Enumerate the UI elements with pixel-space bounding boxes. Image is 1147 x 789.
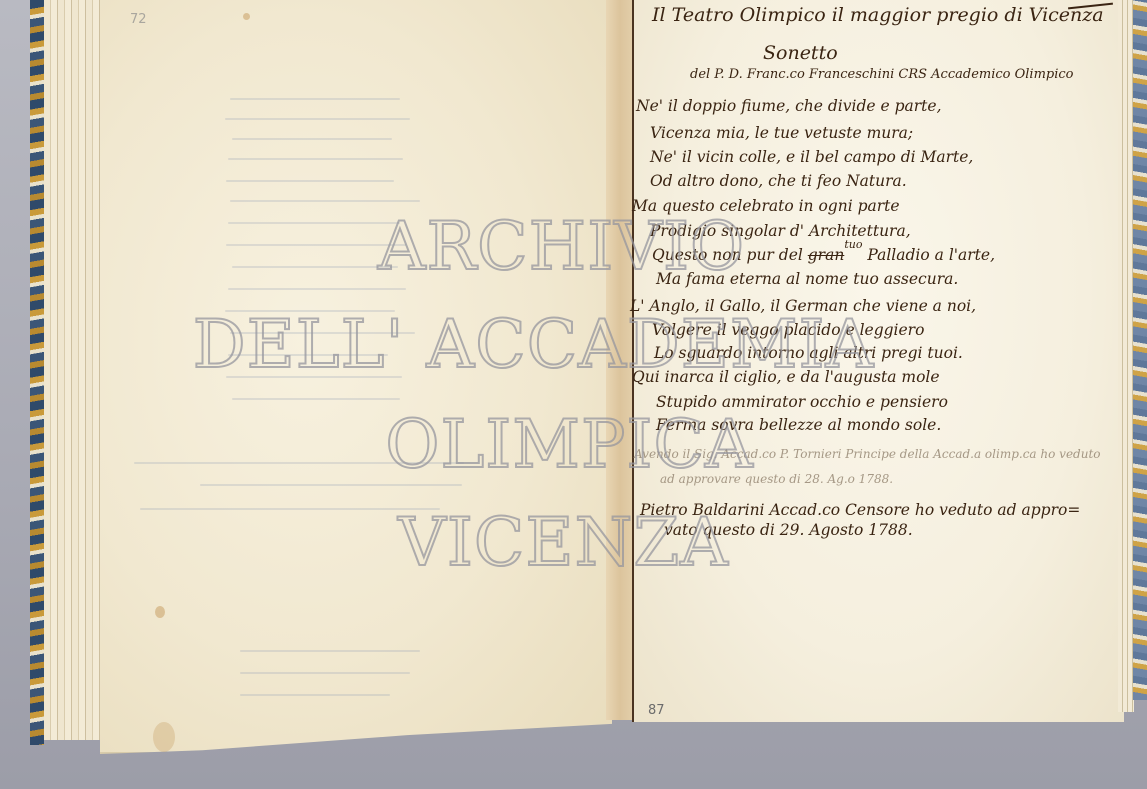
verse-line-1: Ne' il doppio fiume, che divide e parte, — [636, 97, 942, 115]
manuscript-scan: 72 Il Teatro Olimpico il maggior pregio … — [0, 0, 1147, 789]
watermark-line-3: OLIMPICA — [0, 406, 1143, 483]
verse-line-4: Od altro dono, che ti feo Natura. — [650, 172, 907, 190]
right-page-number: 87 — [648, 703, 665, 718]
page-edges-right — [1118, 0, 1134, 712]
manuscript-title: Il Teatro Olimpico il maggior pregio di … — [652, 4, 1104, 26]
left-page-number: 72 — [130, 12, 147, 27]
verse-line-2: Vicenza mia, le tue vetuste mura; — [650, 124, 913, 142]
marbled-cover-right — [1133, 0, 1147, 700]
watermark-line-1: ARCHIVIO — [0, 208, 1135, 285]
verse-line-3: Ne' il vicin colle, e il bel campo di Ma… — [650, 148, 973, 166]
author-byline: del P. D. Franc.co Franceschini CRS Acca… — [690, 67, 1074, 82]
sonnet-heading: Sonetto — [763, 42, 838, 64]
watermark-line-4: VICENZA — [0, 504, 1137, 581]
paper-stain — [155, 606, 165, 618]
paper-stain — [153, 722, 175, 752]
paper-stain — [243, 13, 250, 20]
watermark-line-2: DELL' ACCADEMIA — [0, 306, 1107, 383]
